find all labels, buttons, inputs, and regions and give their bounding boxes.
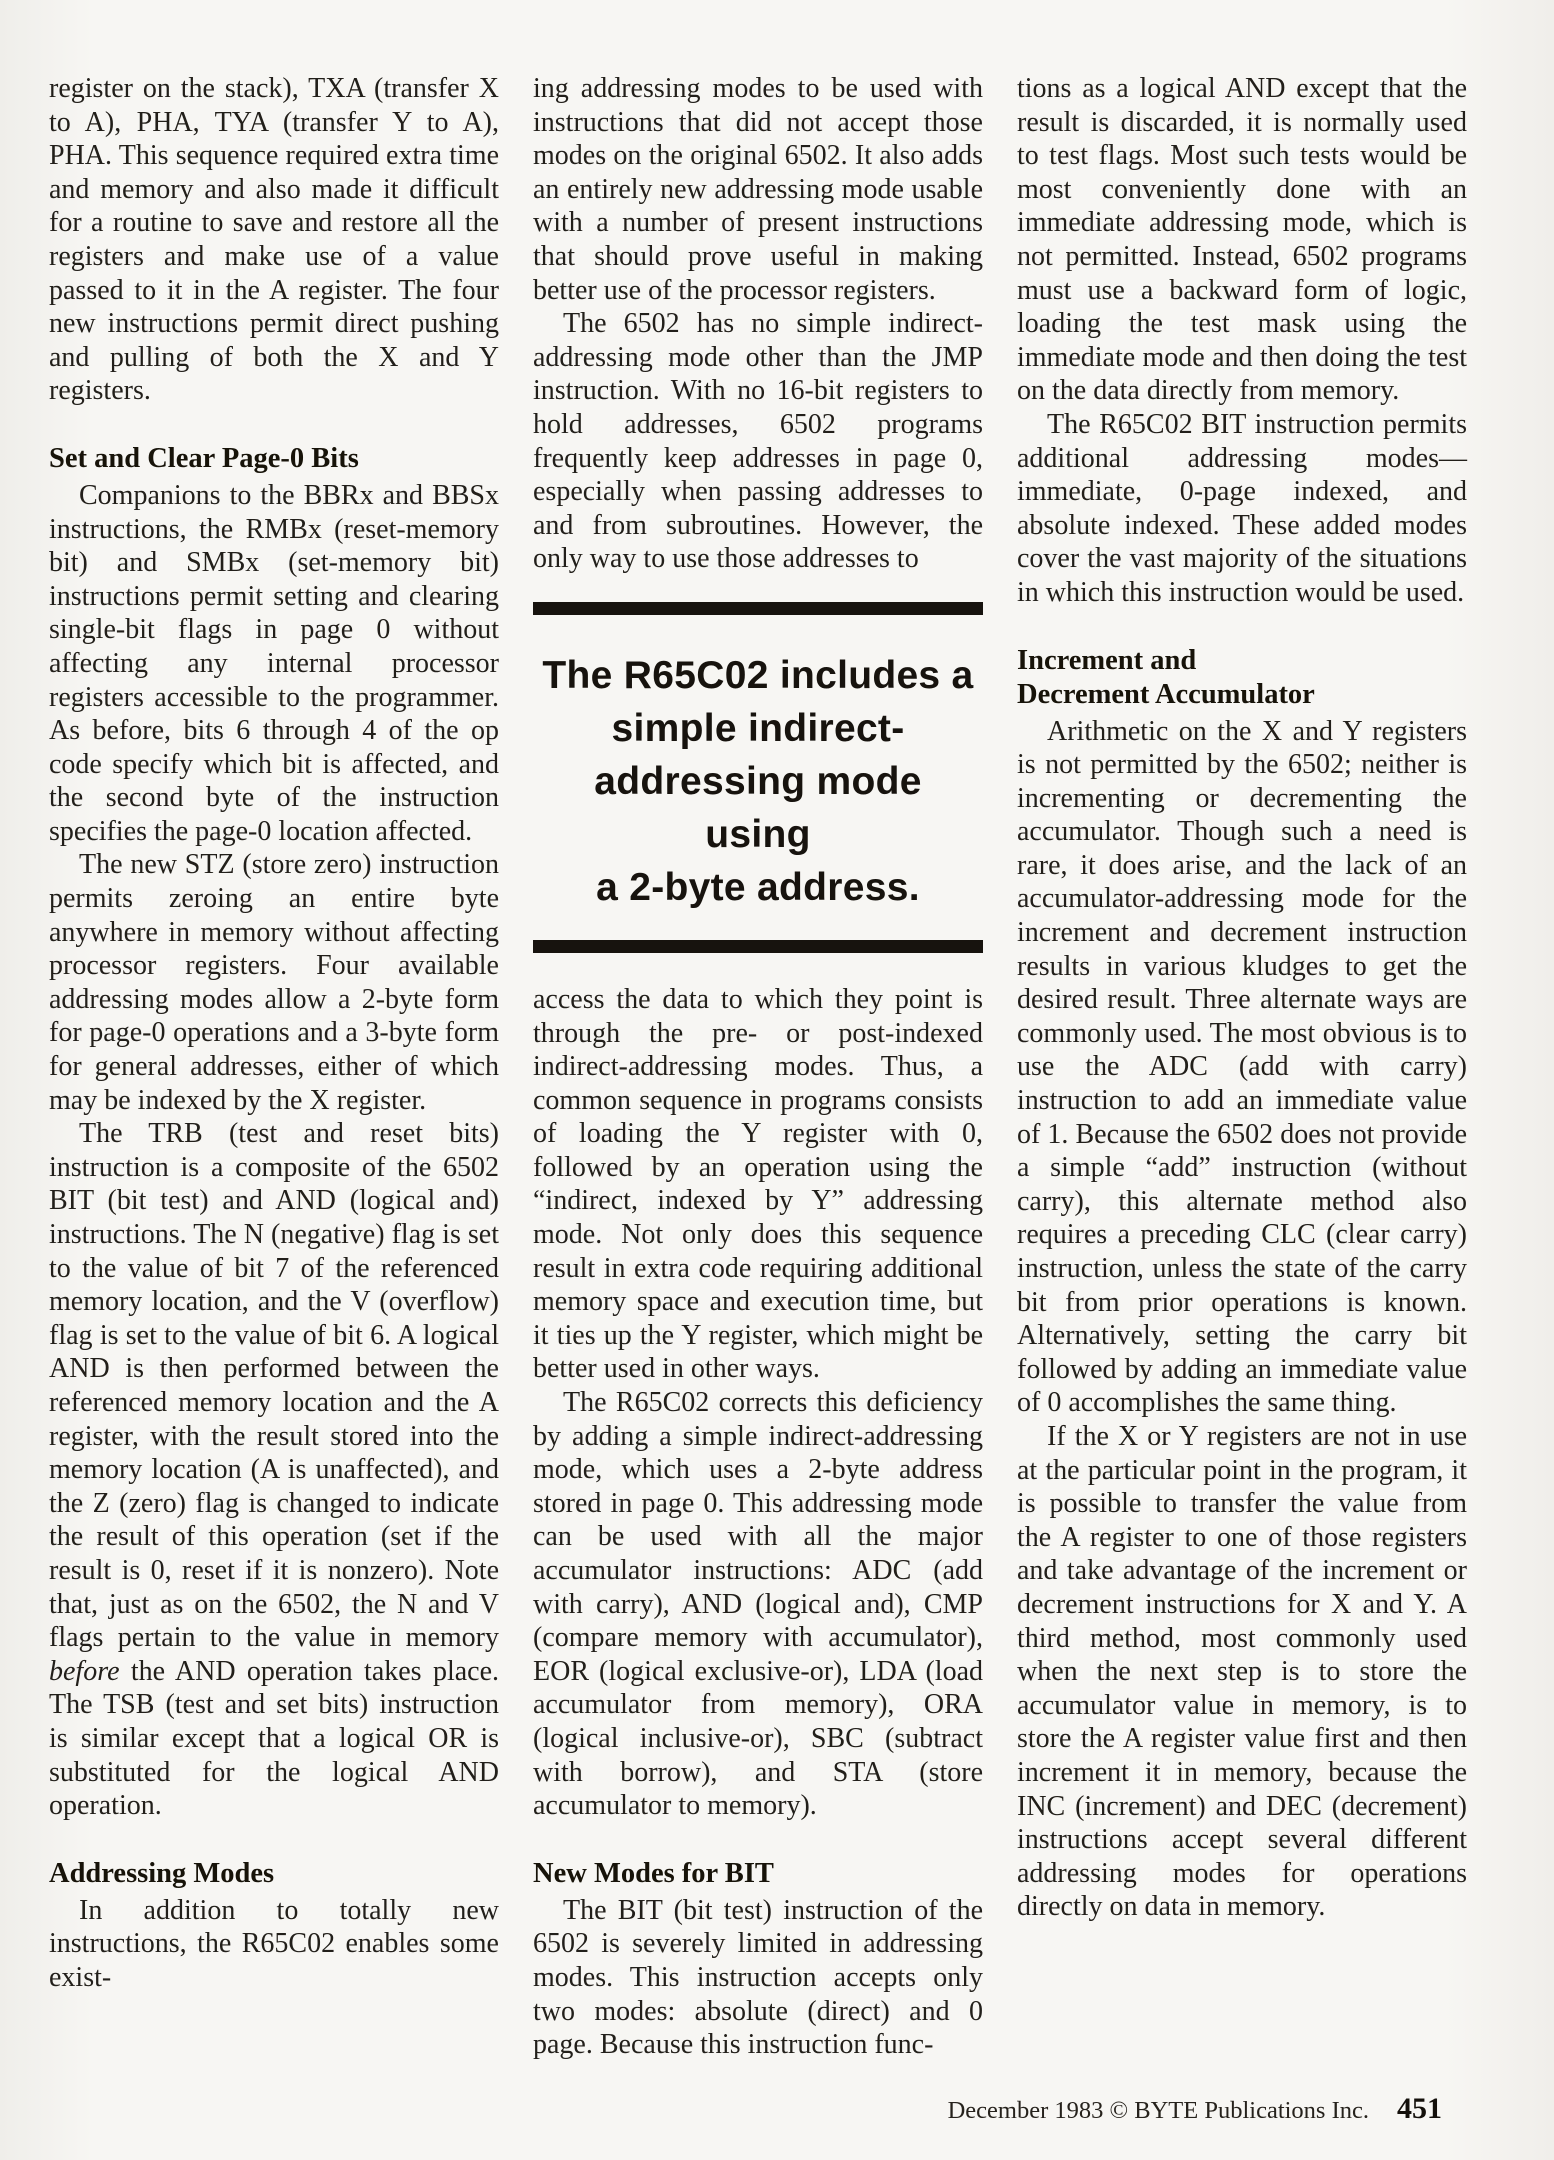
footer-credit: December 1983 © BYTE Publications Inc. xyxy=(948,2097,1369,2125)
pull-quote-text: The R65C02 includes asimple indirect-add… xyxy=(533,615,983,940)
body-paragraph: register on the stack), TXA (transfer X … xyxy=(49,72,499,408)
body-paragraph: The R65C02 corrects this deficiency by a… xyxy=(533,1386,983,1823)
pull-quote-rule-bottom xyxy=(533,940,983,953)
column-3: tions as a logical AND except that the r… xyxy=(1017,72,1467,2062)
body-paragraph: The new STZ (store zero) instruction per… xyxy=(49,848,499,1117)
body-paragraph: Arithmetic on the X and Y registers is n… xyxy=(1017,715,1467,1420)
page-footer: December 1983 © BYTE Publications Inc. 4… xyxy=(948,2092,1442,2126)
section-heading: Set and Clear Page-0 Bits xyxy=(49,442,499,476)
section-heading: Increment andDecrement Accumulator xyxy=(1017,644,1467,712)
body-paragraph: If the X or Y registers are not in use a… xyxy=(1017,1420,1467,1924)
body-paragraph: tions as a logical AND except that the r… xyxy=(1017,72,1467,408)
section-heading: New Modes for BIT xyxy=(533,1857,983,1891)
body-paragraph: access the data to which they point is t… xyxy=(533,983,983,1386)
body-paragraph: In addition to totally new instructions,… xyxy=(49,1894,499,1995)
body-paragraph: ing addressing modes to be used with ins… xyxy=(533,72,983,307)
body-paragraph: The BIT (bit test) instruction of the 65… xyxy=(533,1894,983,2062)
body-paragraph: The 6502 has no simple indirect-addressi… xyxy=(533,307,983,576)
magazine-page: register on the stack), TXA (transfer X … xyxy=(0,0,1554,2160)
column-2: ing addressing modes to be used with ins… xyxy=(533,72,983,2062)
column-1: register on the stack), TXA (transfer X … xyxy=(49,72,499,2062)
body-paragraph: The TRB (test and reset bits) instructio… xyxy=(49,1117,499,1822)
pull-quote-rule-top xyxy=(533,602,983,615)
article-columns: register on the stack), TXA (transfer X … xyxy=(0,0,1554,2062)
section-heading: Addressing Modes xyxy=(49,1857,499,1891)
body-paragraph: The R65C02 BIT instruction permits addit… xyxy=(1017,408,1467,610)
body-paragraph: Companions to the BBRx and BBSx instruct… xyxy=(49,479,499,849)
footer-page-number: 451 xyxy=(1397,2092,1442,2126)
pull-quote: The R65C02 includes asimple indirect-add… xyxy=(533,602,983,953)
